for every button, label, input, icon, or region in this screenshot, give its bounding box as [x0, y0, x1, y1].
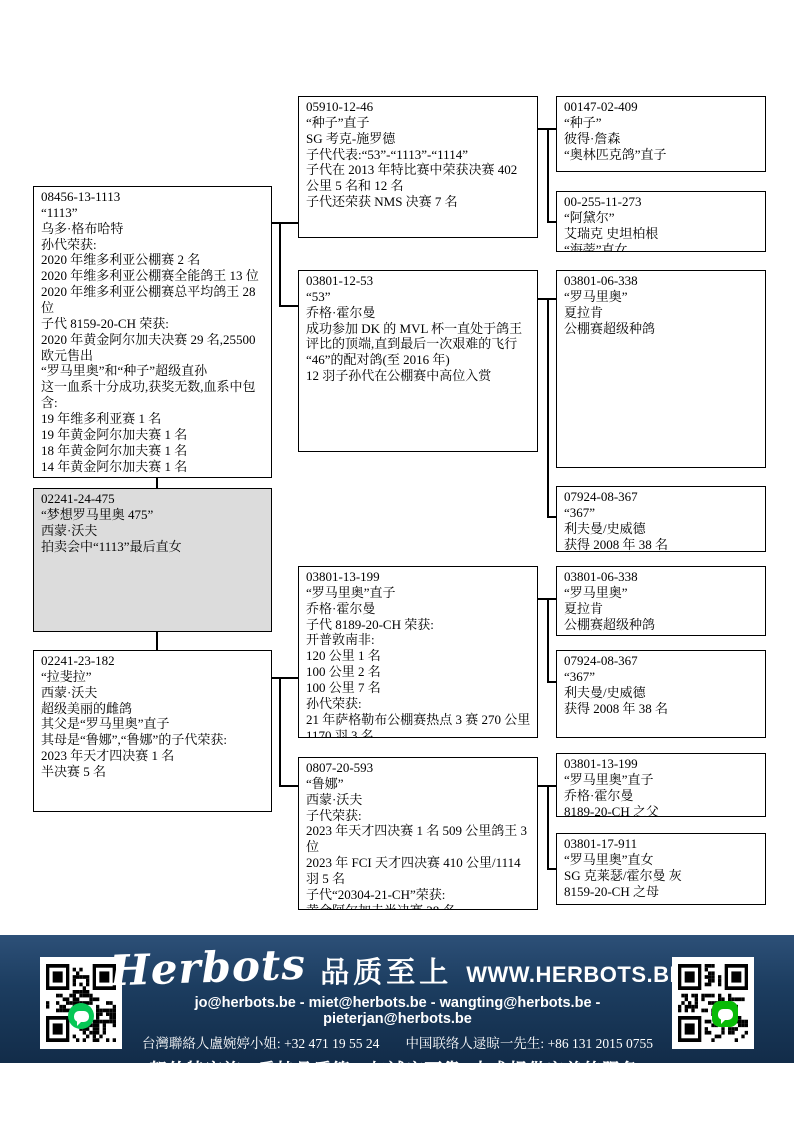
box-line: 100 公里 7 名 — [306, 680, 531, 696]
box-line: 其母是“鲁娜”,“鲁娜”的子代荣获: — [41, 732, 265, 748]
box-line: 西蒙·沃夫 — [306, 792, 531, 808]
box-line: 成功参加 DK 的 MVL 杯一直处于鸽王评比的顶端,直到最后一次艰难的飞行 — [306, 321, 531, 353]
box-line: 半决赛 5 名 — [41, 764, 265, 780]
footer-tagline: 品质至上 — [320, 950, 452, 991]
connector-line — [272, 222, 299, 224]
ring-number: 03801-17-911 — [564, 836, 759, 852]
box-line: 19 年黄金阿尔加夫赛 1 名 — [41, 427, 265, 443]
connector-line — [156, 632, 158, 650]
box-line: 8159-20-CH 之母 — [564, 884, 759, 900]
connector-line — [547, 681, 556, 683]
pedigree-box-03801-17-911: 03801-17-911“罗马里奥”直女SG 克莱瑟/霍尔曼 灰8159-20-… — [556, 833, 766, 905]
ring-number: 03801-13-199 — [306, 569, 531, 585]
box-line: 21 年萨格勒布公棚赛热点 3 赛 270 公里 1170 羽 3 名 — [306, 712, 531, 738]
ring-number: 03801-06-338 — [564, 273, 759, 289]
box-line: “罗马里奥”和“种子”超级直孙 — [41, 363, 265, 379]
box-line: “种子”直子 — [306, 115, 531, 131]
connector-line — [547, 785, 549, 869]
box-line: 2023 年天才四决赛 1 名 — [41, 748, 265, 764]
connector-line — [547, 221, 556, 223]
contact-china: 中国联络人逯晾一先生: +86 131 2015 0755 — [405, 1032, 653, 1052]
ring-number: 00147-02-409 — [564, 99, 759, 115]
pedigree-box-08456-13-1113: 08456-13-1113“1113”乌多·格布哈特孙代荣获:2020 年维多利… — [33, 186, 272, 478]
box-line: “1113” — [41, 205, 265, 221]
box-line: 2020 年黄金阿尔加夫决赛 29 名,25500 欧元售出 — [41, 332, 265, 364]
box-line: 乔格·霍尔曼 — [306, 305, 531, 321]
ring-number: 0807-20-593 — [306, 760, 531, 776]
box-line: 夏拉肯 — [564, 305, 759, 321]
box-line: 19 年维多利亚赛 1 名 — [41, 411, 265, 427]
box-line: 利夫曼/史威德 — [564, 521, 759, 537]
box-line: “奥林匹克鸽”直子 — [564, 147, 759, 163]
box-line: “梦想罗马里奥 475” — [41, 507, 265, 523]
pedigree-box-05910-12-46: 05910-12-46“种子”直子SG 考克-施罗德子代代表:“53”-“111… — [298, 96, 538, 238]
box-line: 子代在 2013 年特比赛中荣获决赛 402 公里 5 名和 12 名 — [306, 162, 531, 194]
box-line: 获得 2008 年 38 名 — [564, 701, 759, 717]
box-line: 12 羽子孙代在公棚赛中高位入赏 — [306, 368, 531, 384]
connector-line — [279, 677, 281, 786]
box-line: 利夫曼/史威德 — [564, 685, 759, 701]
ring-number: 02241-23-182 — [41, 653, 265, 669]
connector-line — [547, 298, 549, 517]
connector-line — [547, 516, 556, 518]
box-line: 子代“20304-21-CH”荣获: — [306, 887, 531, 903]
connector-line — [279, 785, 298, 787]
box-line: 子代荣获: — [306, 808, 531, 824]
pedigree-box-00-255-11-273: 00-255-11-273“阿黛尔”艾瑞克 史坦柏根“海蒂”直女 — [556, 191, 766, 252]
box-line: 2020 年维多利亚公棚赛总平均鸽王 28 位 — [41, 284, 265, 316]
connector-line — [547, 868, 556, 870]
box-line: 乌多·格布哈特 — [41, 221, 265, 237]
ring-number: 03801-06-338 — [564, 569, 759, 585]
pedigree-box-00147-02-409: 00147-02-409“种子”彼得·詹森“奥林匹克鸽”直子 — [556, 96, 766, 172]
box-line: 黄金阿尔加夫半决赛 38 名 — [306, 903, 531, 910]
box-line: “拉斐拉” — [41, 669, 265, 685]
box-line: “鲁娜” — [306, 776, 531, 792]
box-line: 2023 年天才四决赛 1 名 509 公里鸽王 3 位 — [306, 823, 531, 855]
box-line: 艾瑞克 史坦柏根 — [564, 226, 759, 242]
pedigree-box-03801-06-338: 03801-06-338“罗马里奥”夏拉肯公棚赛超级种鸽 — [556, 270, 766, 468]
box-line: “罗马里奥”直子 — [564, 772, 759, 788]
pedigree-box-02241-23-182: 02241-23-182“拉斐拉”西蒙·沃夫超级美丽的雌鸽其父是“罗马里奥”直子… — [33, 650, 272, 812]
ring-number: 07924-08-367 — [564, 653, 759, 669]
pedigree-box-02241-24-475: 02241-24-475“梦想罗马里奥 475”西蒙·沃夫拍卖会中“1113”最… — [33, 488, 272, 632]
connector-line — [272, 677, 299, 679]
box-line: “罗马里奥”直子 — [306, 585, 531, 601]
contact-taiwan: 台灣聯絡人盧婉婷小姐: +32 471 19 55 24 — [142, 1032, 380, 1052]
box-line: 8189-20-CH 之父 — [564, 804, 759, 817]
box-line: 这一血系十分成功,获奖无数,血系中包含: — [41, 379, 265, 411]
connector-line — [279, 305, 298, 307]
box-line: “阿黛尔” — [564, 210, 759, 226]
box-line: “种子” — [564, 115, 759, 131]
footer-center: Herbots 品质至上 WWW.HERBOTS.BE jo@herbots.b… — [135, 943, 660, 1082]
box-line: 18 年黄金阿尔加夫赛 1 名 — [41, 443, 265, 459]
box-line: “53” — [306, 289, 531, 305]
footer-emails: jo@herbots.be - miet@herbots.be - wangti… — [135, 995, 660, 1027]
footer-contacts: 台灣聯絡人盧婉婷小姐: +32 471 19 55 24 中国联络人逯晾一先生:… — [135, 1032, 660, 1052]
wechat-qr-code — [672, 957, 754, 1049]
herbots-logo: Herbots — [110, 940, 308, 996]
box-line: 孙代荣获: — [41, 237, 265, 253]
pedigree-page: 08456-13-1113“1113”乌多·格布哈特孙代荣获:2020 年维多利… — [0, 0, 794, 1123]
footer-banner: Herbots 品质至上 WWW.HERBOTS.BE jo@herbots.b… — [0, 935, 794, 1063]
box-line: SG 克莱瑟/霍尔曼 灰 — [564, 868, 759, 884]
box-line: “367” — [564, 505, 759, 521]
box-line: 子代代表:“53”-“1113”-“1114” — [306, 147, 531, 163]
pedigree-box-03801-13-199: 03801-13-199“罗马里奥”直子乔格·霍尔曼子代 8189-20-CH … — [298, 566, 538, 738]
box-line: “罗马里奥” — [564, 585, 759, 601]
pedigree-box-07924-08-367: 07924-08-367“367”利夫曼/史威德获得 2008 年 38 名 — [556, 486, 766, 552]
box-line: 子代 8159-20-CH 荣获: — [41, 316, 265, 332]
box-line: 超级美丽的雌鸽 — [41, 701, 265, 717]
wechat-icon — [712, 1001, 738, 1027]
box-line: 子代 8189-20-CH 荣获: — [306, 617, 531, 633]
ring-number: 03801-12-53 — [306, 273, 531, 289]
box-line: 孙代荣获: — [306, 696, 531, 712]
connector-line — [279, 222, 281, 306]
box-line: 拍卖会中“1113”最后直女 — [41, 539, 265, 555]
ring-number: 03801-13-199 — [564, 756, 759, 772]
box-line: 子代还荣获 NMS 决赛 7 名 — [306, 194, 531, 210]
pedigree-box-03801-06-338: 03801-06-338“罗马里奥”夏拉肯公棚赛超级种鸽 — [556, 566, 766, 636]
ring-number: 00-255-11-273 — [564, 194, 759, 210]
connector-line — [156, 478, 158, 488]
box-line: 乔格·霍尔曼 — [564, 788, 759, 804]
ring-number: 05910-12-46 — [306, 99, 531, 115]
ring-number: 08456-13-1113 — [41, 189, 265, 205]
box-line: 其父是“罗马里奥”直子 — [41, 716, 265, 732]
box-line: “罗马里奥”直女 — [564, 852, 759, 868]
box-line: 2020 年维多利亚公棚赛 2 名 — [41, 252, 265, 268]
box-line: “罗马里奥” — [564, 289, 759, 305]
box-line: 彼得·詹森 — [564, 131, 759, 147]
box-line: 西蒙·沃夫 — [41, 523, 265, 539]
pedigree-box-0807-20-593: 0807-20-593“鲁娜”西蒙·沃夫子代荣获:2023 年天才四决赛 1 名… — [298, 757, 538, 910]
pedigree-box-03801-12-53: 03801-12-53“53”乔格·霍尔曼成功参加 DK 的 MVL 杯一直处于… — [298, 270, 538, 452]
box-line: 120 公里 1 名 — [306, 648, 531, 664]
box-line: “46”的配对鸽(至 2016 年) — [306, 352, 531, 368]
box-line: “367” — [564, 669, 759, 685]
box-line: SG 考克-施罗德 — [306, 131, 531, 147]
box-line: 公棚赛超级种鸽 — [564, 321, 759, 337]
connector-line — [547, 598, 549, 682]
footer-website: WWW.HERBOTS.BE — [466, 962, 684, 988]
box-line: 开普敦南非: — [306, 632, 531, 648]
box-line: 西蒙·沃夫 — [41, 685, 265, 701]
box-line: 100 公里 2 名 — [306, 664, 531, 680]
box-line: 乔格·霍尔曼 — [306, 601, 531, 617]
ring-number: 07924-08-367 — [564, 489, 759, 505]
ring-number: 02241-24-475 — [41, 491, 265, 507]
footer-slogan: 贺伯特家族...秉持品质第一与诚实可靠, 力求提供完美的服务! — [135, 1057, 660, 1082]
box-line: 14 年黄金阿尔加夫赛 1 名 — [41, 459, 265, 475]
pedigree-box-03801-13-199: 03801-13-199“罗马里奥”直子乔格·霍尔曼8189-20-CH 之父 — [556, 753, 766, 817]
line-icon — [68, 1003, 94, 1029]
pedigree-box-07924-08-367: 07924-08-367“367”利夫曼/史威德获得 2008 年 38 名 — [556, 650, 766, 738]
box-line: 获得 2008 年 38 名 — [564, 537, 759, 552]
box-line: 2020 年维多利亚公棚赛全能鸽王 13 位 — [41, 268, 265, 284]
box-line: “海蒂”直女 — [564, 242, 759, 252]
box-line: 2023 年 FCI 天才四决赛 410 公里/1114 羽 5 名 — [306, 855, 531, 887]
box-line: 夏拉肯 — [564, 601, 759, 617]
box-line: 公棚赛超级种鸽 — [564, 617, 759, 633]
connector-line — [547, 128, 549, 222]
